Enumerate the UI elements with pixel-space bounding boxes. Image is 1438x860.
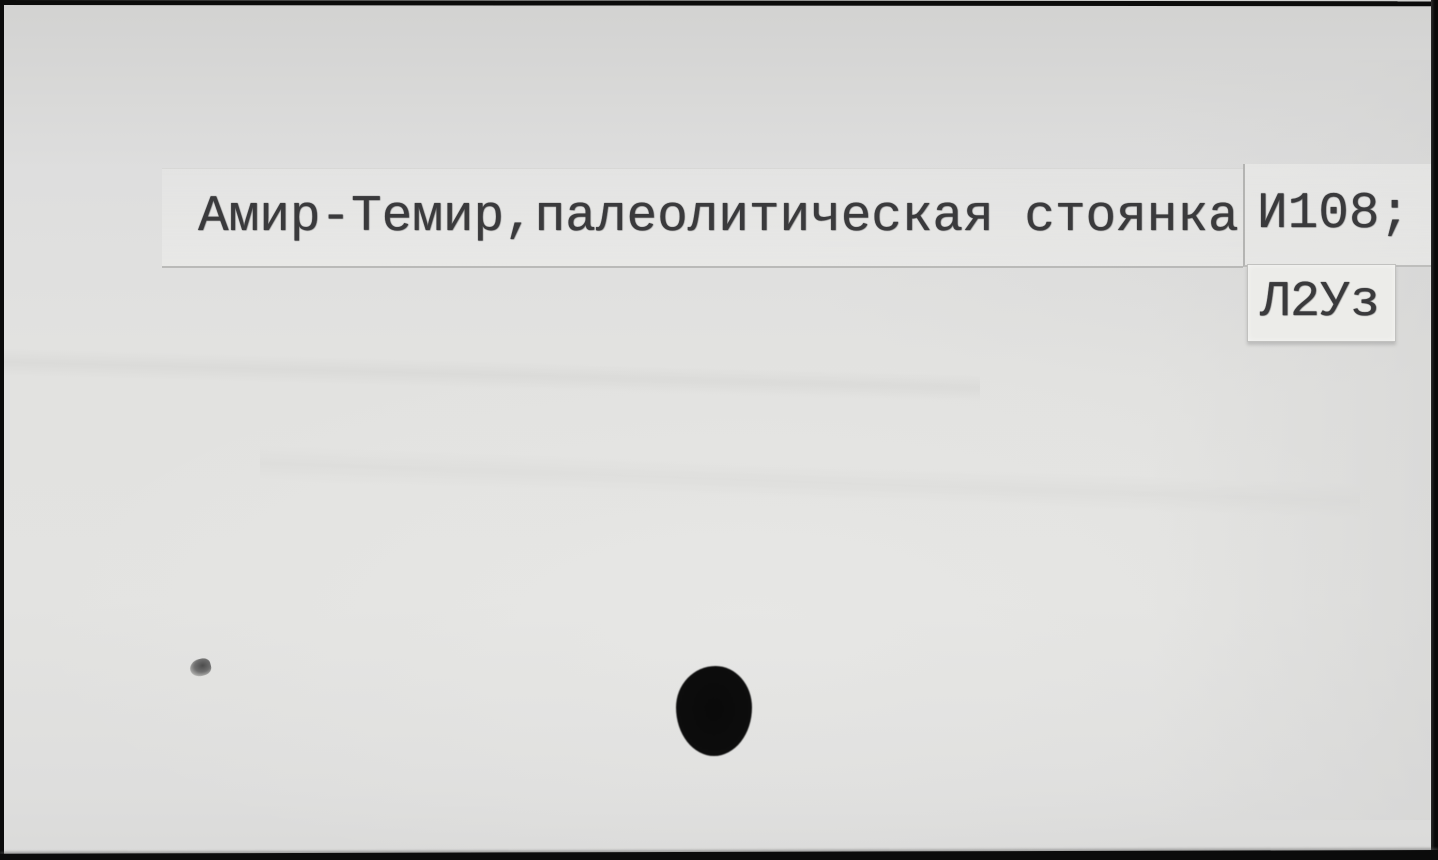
shelf-code-box: Л2Уз <box>1247 264 1396 342</box>
card-heading-text: Амир-Темир,палеолитическая стоянка <box>162 192 1239 243</box>
scan-edge-top <box>0 0 1438 6</box>
index-number-text: И108; <box>1245 189 1410 240</box>
scan-edge-right <box>1431 0 1438 860</box>
hole-punch-dot <box>676 666 752 756</box>
index-number-box: И108; <box>1243 164 1433 267</box>
scan-streak <box>0 330 980 420</box>
shelf-code-text: Л2Уз <box>1248 278 1380 328</box>
scan-edge-left <box>0 0 4 860</box>
card-heading-band: Амир-Темир,палеолитическая стоянка <box>162 168 1243 268</box>
scan-streak <box>260 430 1360 540</box>
ink-speck-mark <box>188 657 212 679</box>
scan-edge-bottom <box>0 850 1438 860</box>
scanned-catalog-card: Амир-Темир,палеолитическая стоянка И108;… <box>0 0 1438 860</box>
